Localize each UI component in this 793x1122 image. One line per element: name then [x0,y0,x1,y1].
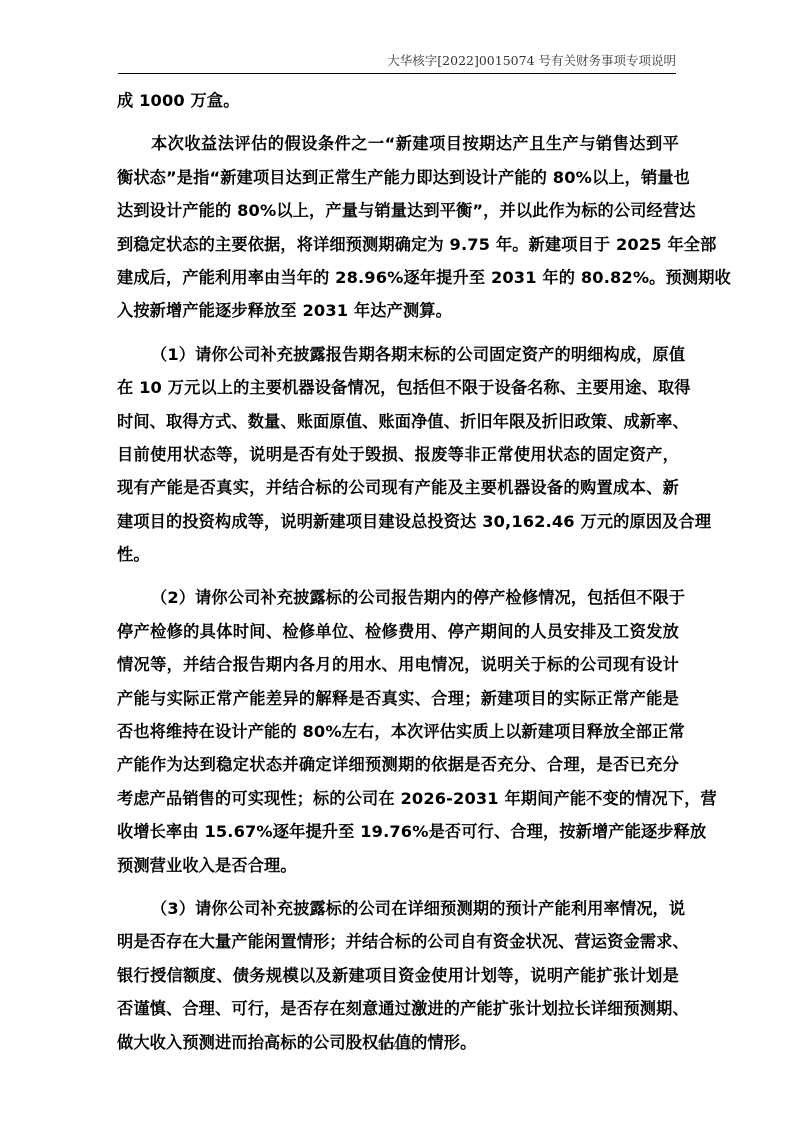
text-line: 入按新增产能逐步释放至 2031 年达产测算。 [117,299,679,332]
text-line: 达到设计产能的 80%以上，产量与销量达到平衡”，并以此作为标的公司经营达 [117,199,679,232]
paragraph-question-1: （1）请你公司补充披露报告期各期末标的公司固定资产的明细构成，原值 在 10 万… [117,343,679,577]
text-line: 产能作为达到稳定状态并确定详细预测期的依据是否充分、合理，是否已充分 [117,753,679,786]
text-line: 性。 [117,543,679,576]
paragraph-assumption: 本次收益法评估的假设条件之一“新建项目按期达产且生产与销售达到平 衡状态”是指“… [117,132,679,332]
text-line: 产能与实际正常产能差异的解释是否真实、合理；新建项目的实际正常产能是 [117,687,679,720]
page-footer: 第 4 页 [0,1036,793,1053]
text-line: 成 1000 万盒。 [117,89,679,122]
text-line: 建项目的投资构成等，说明新建项目建设总投资达 30,162.46 万元的原因及合… [117,510,679,543]
text-line: 停产检修的具体时间、检修单位、检修费用、停产期间的人员安排及工资发放 [117,620,679,653]
text-line: 收增长率由 15.67%逐年提升至 19.76%是否可行、合理，按新增产能逐步释… [117,820,679,853]
text-line: 否谨慎、合理、可行，是否存在刻意通过激进的产能扩张计划拉长详细预测期、 [117,997,679,1030]
text-line: 银行授信额度、债务规模以及新建项目资金使用计划等，说明产能扩张计划是 [117,964,679,997]
text-line: 现有产能是否真实，并结合标的公司现有产能及主要机器设备的购置成本、新 [117,476,679,509]
paragraph-continuation: 成 1000 万盒。 [117,89,679,122]
text-line: （3）请你公司补充披露标的公司在详细预测期的预计产能利用率情况，说 [117,897,679,930]
document-page: 大华核字[2022]0015074 号有关财务事项专项说明 成 1000 万盒。… [0,0,793,1122]
text-line: 否也将维持在设计产能的 80%左右，本次评估实质上以新建项目释放全部正常 [117,720,679,753]
text-line: 衡状态”是指“新建项目达到正常生产能力即达到设计产能的 80%以上，销量也 [117,166,679,199]
page-header: 大华核字[2022]0015074 号有关财务事项专项说明 [118,52,676,74]
document-body: 成 1000 万盒。 本次收益法评估的假设条件之一“新建项目按期达产且生产与销售… [117,89,679,1074]
paragraph-question-2: （2）请你公司补充披露标的公司报告期内的停产检修情况，包括但不限于 停产检修的具… [117,586,679,887]
text-line: 情况等，并结合报告期内各月的用水、用电情况，说明关于标的公司现有设计 [117,653,679,686]
header-title: 大华核字[2022]0015074 号有关财务事项专项说明 [387,53,676,68]
text-line: 考虑产品销售的可实现性；标的公司在 2026-2031 年期间产能不变的情况下，… [117,787,679,820]
text-line: 在 10 万元以上的主要机器设备情况，包括但不限于设备名称、主要用途、取得 [117,376,679,409]
text-line: （1）请你公司补充披露报告期各期末标的公司固定资产的明细构成，原值 [117,343,679,376]
text-line: （2）请你公司补充披露标的公司报告期内的停产检修情况，包括但不限于 [117,586,679,619]
text-line: 明是否存在大量产能闲置情形；并结合标的公司自有资金状况、营运资金需求、 [117,930,679,963]
text-line: 本次收益法评估的假设条件之一“新建项目按期达产且生产与销售达到平 [117,132,679,165]
text-line: 时间、取得方式、数量、账面原值、账面净值、折旧年限及折旧政策、成新率、 [117,410,679,443]
text-line: 到稳定状态的主要依据，将详细预测期确定为 9.75 年。新建项目于 2025 年… [117,233,679,266]
text-line: 目前使用状态等，说明是否有处于毁损、报废等非正常使用状态的固定资产， [117,443,679,476]
text-line: 预测营业收入是否合理。 [117,854,679,887]
text-line: 建成后，产能利用率由当年的 28.96%逐年提升至 2031 年的 80.82%… [117,266,679,299]
page-number: 第 4 页 [377,1038,416,1052]
